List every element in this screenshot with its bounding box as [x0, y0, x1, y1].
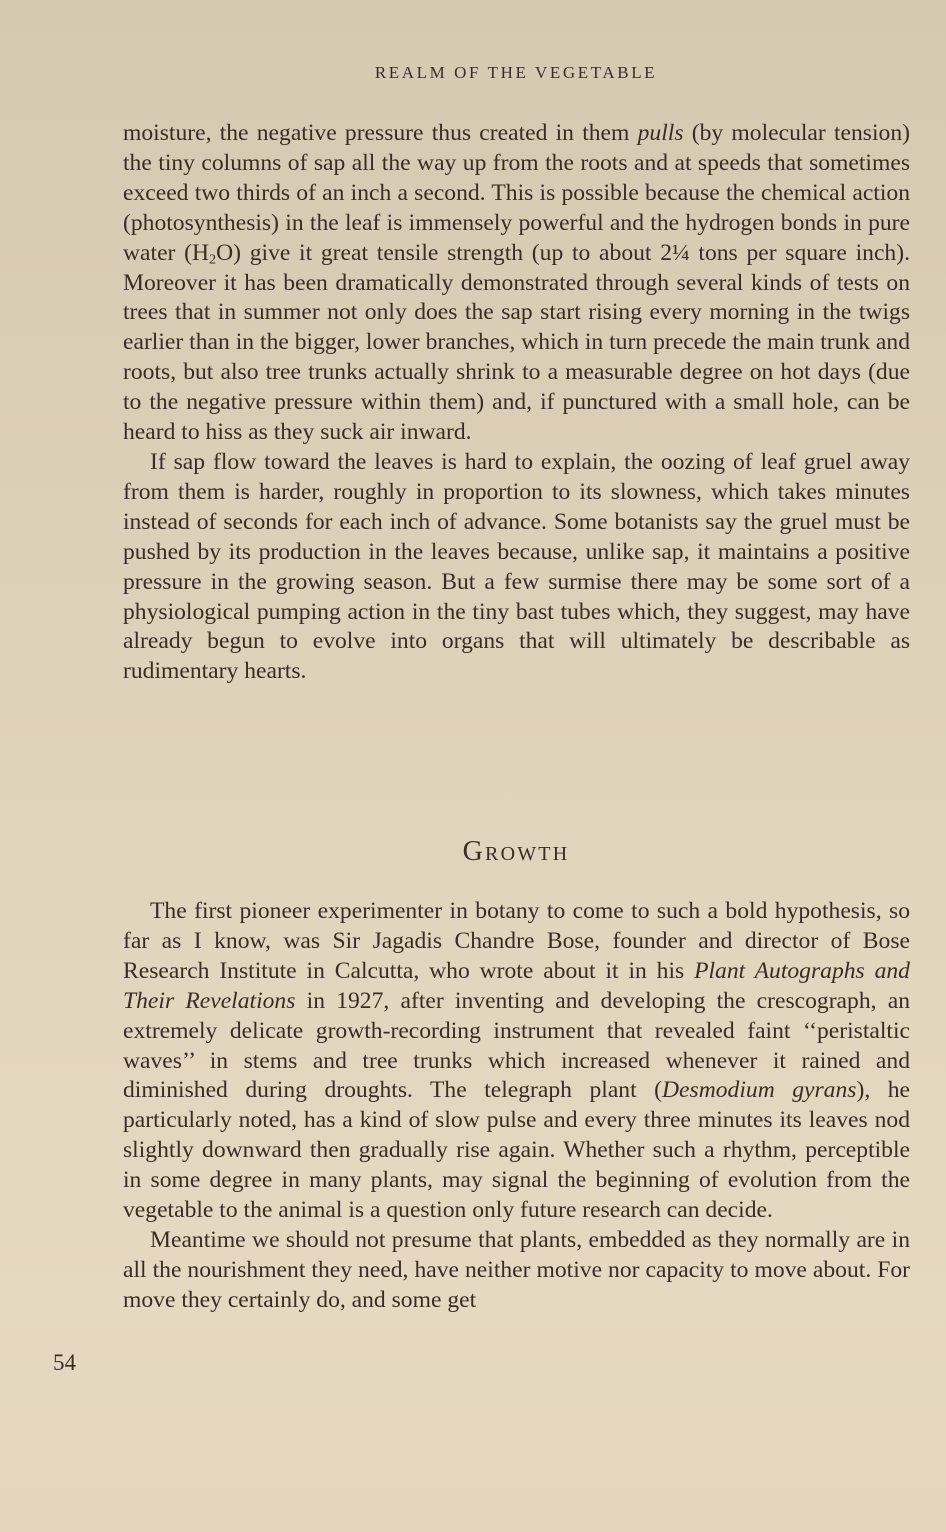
body-text-before-heading: moisture, the negative pressure thus cre… — [123, 119, 910, 687]
italic-text: Desmodium gyrans — [662, 1077, 856, 1103]
body-text-after-heading: The first pioneer experimenter in botany… — [123, 897, 910, 1316]
italic-text: pulls — [638, 120, 684, 146]
paragraph: Meantime we should not presume that plan… — [123, 1226, 910, 1316]
paragraph: If sap flow toward the leaves is hard to… — [123, 448, 910, 687]
page-number: 54 — [53, 1350, 76, 1376]
book-page: REALM OF THE VEGETABLE moisture, the neg… — [0, 0, 946, 1532]
paragraph: The first pioneer experimenter in botany… — [123, 897, 910, 1226]
paragraph: moisture, the negative pressure thus cre… — [123, 119, 910, 448]
subscript: 2 — [209, 251, 216, 267]
italic-text: Plant Autographs and Their Revelations — [123, 958, 910, 1014]
section-heading: Growth — [0, 836, 946, 868]
running-head: REALM OF THE VEGETABLE — [0, 63, 946, 83]
